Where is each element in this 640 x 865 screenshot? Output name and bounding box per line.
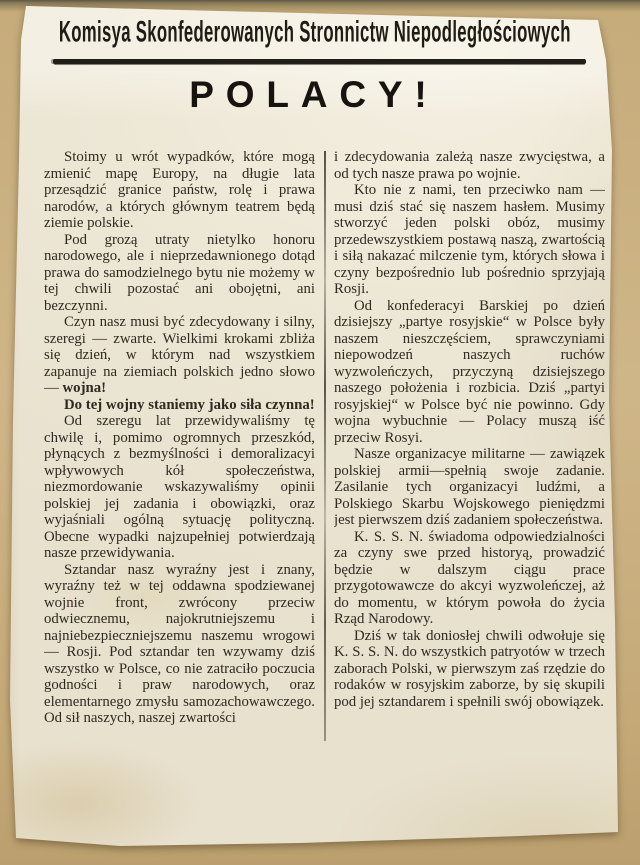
paragraph: Sztandar nasz wyraźny jest i znany, wyra… <box>44 562 315 727</box>
signature-line-2 <box>262 800 562 802</box>
paragraph: Stoimy u wrót wypadków, które mogą zmien… <box>44 149 315 232</box>
emphasized-text: Do tej wojny staniemy jako siła czynna! <box>64 397 315 413</box>
paragraph: Czyn nasz musi być zdecydowany i silny, … <box>44 314 315 397</box>
paragraph: Dziś w tak doniosłej chwili odwołuje się… <box>334 628 605 711</box>
body-text: Dziś w tak doniosłej chwili odwołuje się… <box>334 628 605 710</box>
signature <box>262 800 562 802</box>
column-divider <box>324 151 326 741</box>
header-rule <box>53 59 586 64</box>
paragraph: Do tej wojny staniemy jako siła czynna! <box>44 397 315 414</box>
body-text: Nasze organizacye militarne — zawiązek p… <box>334 446 605 528</box>
paragraph: Od szeregu lat przewidywaliśmy tę chwilę… <box>44 413 315 562</box>
right-column: i zdecydowania zależą nasze zwycięstwa, … <box>334 149 605 747</box>
scan-backing: Komisya Skonfederowanych Stronnictw Niep… <box>0 0 640 865</box>
body-text: Od konfederacyi Barskiej po dzień dzisie… <box>334 298 605 446</box>
paper-shadow: Komisya Skonfederowanych Stronnictw Niep… <box>0 0 640 865</box>
emphasized-text: wojna! <box>63 380 107 396</box>
body-text: Od szeregu lat przewidywaliśmy tę chwilę… <box>44 413 315 561</box>
paragraph: Pod grozą utraty nietylko honoru narodow… <box>44 232 315 315</box>
paragraph: Od konfederacyi Barskiej po dzień dzisie… <box>334 298 605 447</box>
signature-line-1 <box>262 800 562 802</box>
document-header: Komisya Skonfederowanych Stronnictw Niep… <box>0 17 630 48</box>
body-text: K. S. S. N. świadoma odpowiedzialności z… <box>334 529 605 628</box>
paragraph: i zdecydowania zależą nasze zwycięstwa, … <box>334 149 605 182</box>
body-text-block: Stoimy u wrót wypadków, które mogą zmien… <box>44 149 606 747</box>
left-column: Stoimy u wrót wypadków, które mogą zmien… <box>44 149 315 747</box>
body-text: Sztandar nasz wyraźny jest i znany, wyra… <box>44 562 315 727</box>
body-text: Pod grozą utraty nietylko honoru narodow… <box>44 232 315 314</box>
committee-name: Komisya Skonfederowanych Stronnictw Niep… <box>59 16 571 49</box>
body-text: Stoimy u wrót wypadków, które mogą zmien… <box>44 149 315 231</box>
paragraph: K. S. S. N. świadoma odpowiedzialności z… <box>334 529 605 628</box>
paper-sheet: Komisya Skonfederowanych Stronnictw Niep… <box>0 0 640 865</box>
paragraph: Kto nie z nami, ten przeciwko nam — musi… <box>334 182 605 298</box>
body-text: Kto nie z nami, ten przeciwko nam — musi… <box>334 182 605 297</box>
paragraph: Nasze organizacye militarne — zawiązek p… <box>334 446 605 529</box>
body-text: i zdecydowania zależą nasze zwycięstwa, … <box>334 149 605 182</box>
main-title: POLACY! <box>0 74 616 116</box>
